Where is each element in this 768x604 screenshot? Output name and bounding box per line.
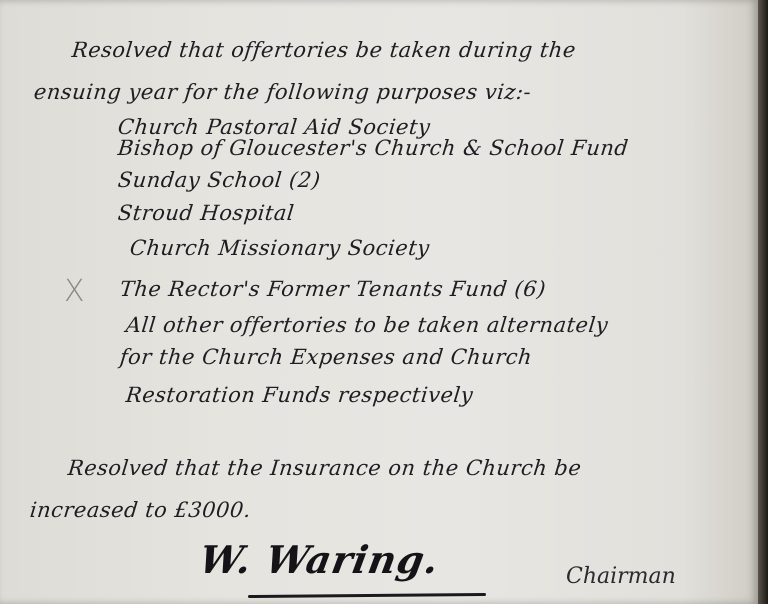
- chairman-title: Chairman: [566, 564, 676, 589]
- continuation-line-3: Restoration Funds respectively: [125, 383, 475, 407]
- resolution-2-line-1: Resolved that the Insurance on the Churc…: [67, 456, 583, 480]
- ledger-page: Resolved that offertories be taken durin…: [0, 0, 758, 604]
- book-spine-edge: [758, 0, 768, 604]
- purpose-item-2: Bishop of Gloucester's Church & School F…: [117, 136, 630, 160]
- chairman-signature: W. Waring.: [196, 537, 443, 582]
- purpose-item-3: Sunday School (2): [117, 168, 322, 192]
- continuation-line-1: All other offertories to be taken altern…: [125, 313, 610, 337]
- resolution-2-line-2: increased to £3000.: [29, 498, 253, 522]
- continuation-line-2: for the Church Expenses and Church: [119, 345, 534, 369]
- pencil-x-mark: X: [64, 274, 85, 309]
- purpose-item-4: Stroud Hospital: [117, 201, 296, 225]
- resolution-1-line-1: Resolved that offertories be taken durin…: [71, 38, 577, 62]
- purpose-item-5: Church Missionary Society: [129, 236, 431, 260]
- signature-underline: [248, 593, 486, 598]
- purpose-item-6: The Rector's Former Tenants Fund (6): [119, 277, 547, 301]
- resolution-1-line-2: ensuing year for the following purposes …: [33, 80, 533, 104]
